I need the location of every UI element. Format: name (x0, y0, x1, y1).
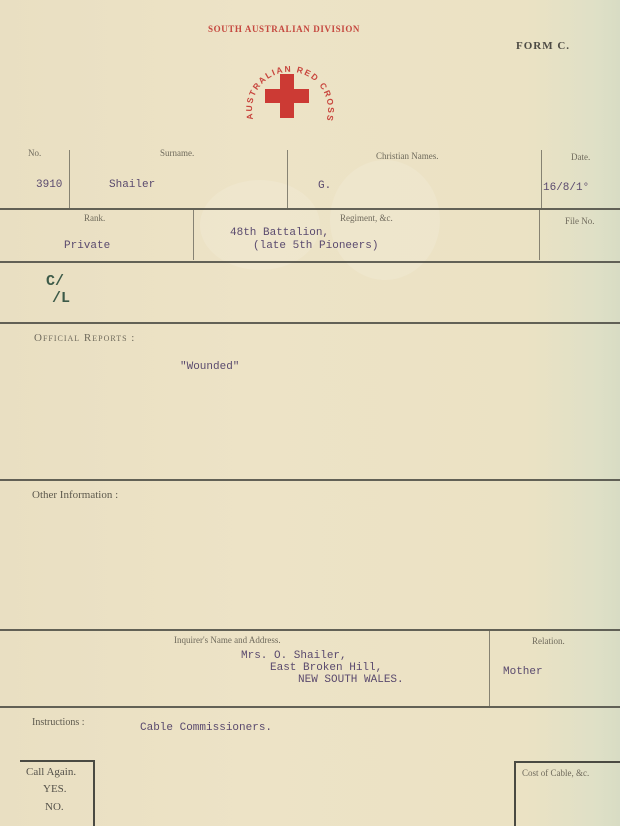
row-rule (0, 629, 620, 631)
no-value: 3910 (36, 179, 62, 191)
rank-value: Private (64, 240, 110, 252)
row-rule (0, 479, 620, 481)
regiment-value-line1: 48th Battalion, (230, 227, 329, 239)
inquirer-label: Inquirer's Name and Address. (174, 635, 281, 645)
row-rule (0, 261, 620, 263)
surname-label: Surname. (160, 148, 194, 158)
column-divider (539, 210, 540, 260)
call-again-label: Call Again. (26, 766, 76, 778)
inquirer-address-line1: East Broken Hill, (270, 662, 382, 674)
call-again-no[interactable]: NO. (45, 801, 64, 813)
instructions-label: Instructions : (32, 717, 85, 728)
row-rule (0, 208, 620, 210)
other-information-label: Other Information : (32, 489, 118, 501)
form-page: SOUTH AUSTRALIAN DIVISION FORM C. AUSTRA… (0, 0, 620, 826)
column-divider (193, 210, 194, 260)
surname-value: Shailer (109, 179, 155, 191)
cl-mark-line1: C/ (46, 273, 64, 290)
regiment-label: Regiment, &c. (340, 213, 393, 223)
division-heading: SOUTH AUSTRALIAN DIVISION (208, 24, 360, 34)
inquirer-name: Mrs. O. Shailer, (241, 650, 347, 662)
christian-names-label: Christian Names. (376, 151, 439, 161)
instructions-value: Cable Commissioners. (140, 722, 272, 734)
column-divider (541, 150, 542, 208)
date-label: Date. (571, 152, 590, 162)
call-again-yes[interactable]: YES. (43, 783, 67, 795)
official-reports-value: "Wounded" (180, 361, 239, 373)
file-no-label: File No. (565, 216, 595, 226)
column-divider (69, 150, 70, 208)
row-rule (0, 706, 620, 708)
official-reports-label: Official Reports : (34, 332, 135, 344)
christian-names-value: G. (318, 180, 331, 192)
inquirer-address-line2: NEW SOUTH WALES. (298, 674, 404, 686)
relation-label: Relation. (532, 636, 565, 646)
paper-stain (200, 180, 320, 270)
column-divider (287, 150, 288, 208)
no-label: No. (28, 148, 41, 158)
cost-of-cable-label: Cost of Cable, &c. (522, 768, 589, 778)
red-cross-emblem-icon: AUSTRALIAN RED CROSS SOCIETY (240, 52, 340, 144)
column-divider (489, 631, 490, 706)
relation-value: Mother (503, 666, 543, 678)
row-rule (0, 322, 620, 324)
form-id: FORM C. (516, 40, 570, 52)
date-value: 16/8/1° (543, 182, 589, 194)
regiment-value-line2: (late 5th Pioneers) (253, 240, 378, 252)
rank-label: Rank. (84, 213, 105, 223)
cl-mark-line2: /L (52, 290, 70, 307)
